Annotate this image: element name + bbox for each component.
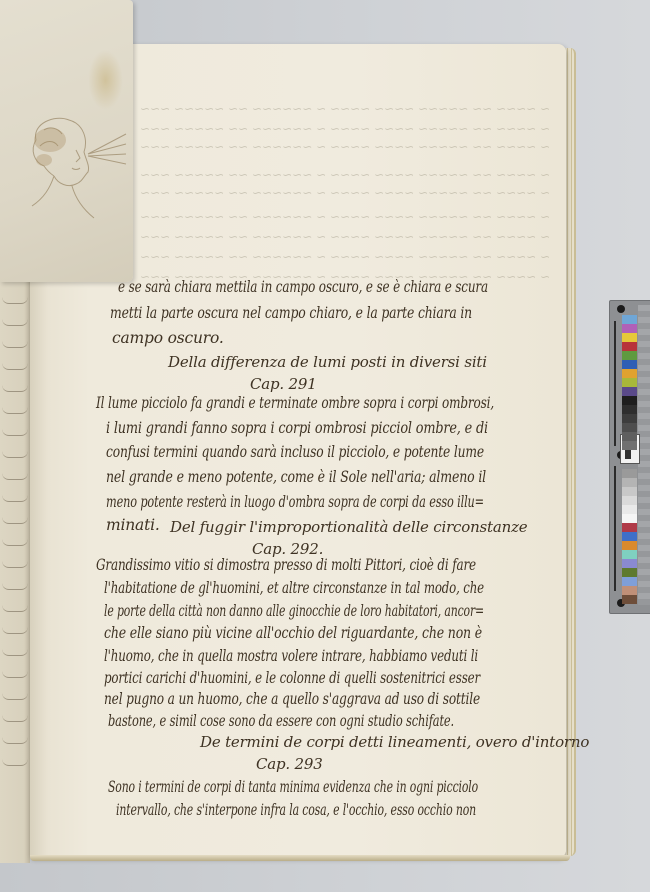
color-swatch bbox=[622, 387, 637, 396]
manuscript-line: campo oscuro. bbox=[112, 329, 224, 347]
manuscript-line: l'huomo, che in quella mostra volere int… bbox=[104, 647, 478, 665]
show-through-text: ~ ~~~~ ~~ ~~~~~ ~~~~ ~~~~ ~ ~~~~~~ ~~ ~~… bbox=[140, 250, 550, 264]
target-hole bbox=[617, 305, 625, 313]
color-swatch bbox=[622, 577, 637, 586]
manuscript-line: meno potente resterà in luogo d'ombra so… bbox=[106, 493, 484, 511]
manuscript-line: nel pugno a un huomo, che a quello s'agg… bbox=[104, 690, 480, 708]
color-swatch bbox=[622, 432, 637, 441]
page-bottom-edge bbox=[30, 855, 570, 861]
color-swatch bbox=[622, 405, 637, 414]
manuscript-line: intervallo, che s'interpone infra la cos… bbox=[116, 801, 476, 819]
chapter-heading: Del fuggir l'improportionalità delle cir… bbox=[170, 518, 527, 536]
left-page-handwriting bbox=[2, 341, 28, 348]
left-page-handwriting bbox=[2, 495, 28, 502]
left-page-handwriting bbox=[2, 319, 28, 326]
show-through-text: ~ ~~~~ ~~ ~~~~~ ~~~~ ~~~~ ~ ~~~~~~ ~~ ~~… bbox=[140, 270, 550, 284]
color-swatch bbox=[622, 595, 637, 604]
left-page-handwriting bbox=[2, 649, 28, 656]
left-page-handwriting bbox=[2, 561, 28, 568]
chapter-heading: Della differenza de lumi posti in divers… bbox=[168, 353, 487, 371]
manuscript-line: confusi termini quando sarà incluso il p… bbox=[106, 443, 484, 461]
color-swatch bbox=[622, 315, 637, 324]
show-through-text: ~ ~~~~ ~~ ~~~~~ ~~~~ ~~~~ ~ ~~~~~~ ~~ ~~… bbox=[140, 186, 550, 200]
color-calibration-target bbox=[609, 300, 650, 614]
color-swatch bbox=[622, 505, 637, 514]
left-page-handwriting bbox=[2, 385, 28, 392]
show-through-text: ~ ~~~~ ~~ ~~~~~ ~~~~ ~~~~ ~ ~~~~~~ ~~ ~~… bbox=[140, 210, 550, 224]
portrait-sketch-icon bbox=[14, 110, 129, 240]
left-page-handwriting bbox=[2, 583, 28, 590]
left-page-handwriting bbox=[2, 627, 28, 634]
color-swatch bbox=[622, 586, 637, 595]
manuscript-line: Sono i termini de corpi di tanta minima … bbox=[108, 778, 478, 796]
color-swatch bbox=[622, 550, 637, 559]
color-swatch bbox=[622, 351, 637, 360]
left-page-handwriting bbox=[2, 429, 28, 436]
left-page-handwriting bbox=[2, 715, 28, 722]
manuscript-line: che elle siano più vicine all'occhio del… bbox=[104, 624, 482, 642]
show-through-text: ~ ~~~~ ~~ ~~~~~ ~~~~ ~~~~ ~ ~~~~~~ ~~ ~~… bbox=[140, 230, 550, 244]
manuscript-line: bastone, e simil cose sono da essere con… bbox=[108, 712, 454, 730]
underlying-left-page bbox=[0, 255, 30, 863]
manuscript-line: Grandissimo vitio si dimostra presso di … bbox=[96, 556, 476, 574]
manuscript-line: l'habitatione de gl'huomini, et altre ci… bbox=[104, 579, 484, 597]
color-swatch bbox=[622, 559, 637, 568]
color-swatch bbox=[622, 369, 637, 378]
color-swatch bbox=[622, 342, 637, 351]
left-page-handwriting bbox=[2, 363, 28, 370]
foxing-stain bbox=[88, 50, 123, 110]
color-swatch bbox=[622, 478, 637, 487]
left-page-handwriting bbox=[2, 759, 28, 766]
left-page-handwriting bbox=[2, 407, 28, 414]
left-page-handwriting bbox=[2, 451, 28, 458]
chapter-number: Cap. 291 bbox=[250, 375, 317, 393]
manuscript-line: Il lume picciolo fa grandi e terminate o… bbox=[96, 394, 494, 412]
color-swatch bbox=[622, 568, 637, 577]
manuscript-line: portici carichi d'huomini, e le colonne … bbox=[104, 669, 480, 687]
left-page-handwriting bbox=[2, 539, 28, 546]
manuscript-line: nel grande e meno potente, come è il Sol… bbox=[106, 468, 486, 486]
color-swatch bbox=[622, 523, 637, 532]
color-swatch bbox=[622, 414, 637, 423]
chapter-heading: De termini de corpi detti lineamenti, ov… bbox=[200, 733, 589, 751]
left-page-handwriting bbox=[2, 517, 28, 524]
left-page-handwriting bbox=[2, 693, 28, 700]
color-swatch bbox=[622, 514, 637, 523]
target-rail bbox=[614, 466, 616, 591]
color-swatch bbox=[622, 441, 637, 450]
color-swatch bbox=[622, 532, 637, 541]
folded-flap bbox=[0, 0, 133, 282]
show-through-text: ~ ~~~~ ~~ ~~~~~ ~~~~ ~~~~ ~ ~~~~~~ ~~ ~~… bbox=[140, 102, 550, 116]
color-swatch bbox=[622, 496, 637, 505]
color-swatch bbox=[622, 378, 637, 387]
color-swatch bbox=[622, 487, 637, 496]
show-through-text: ~ ~~~~ ~~ ~~~~~ ~~~~ ~~~~ ~ ~~~~~~ ~~ ~~… bbox=[140, 140, 550, 154]
manuscript-line: metti la parte oscura nel campo chiaro, … bbox=[110, 304, 472, 322]
manuscript-line: minati. bbox=[106, 516, 160, 534]
target-rail bbox=[614, 321, 616, 446]
show-through-text: ~ ~~~~ ~~ ~~~~~ ~~~~ ~~~~ ~ ~~~~~~ ~~ ~~… bbox=[140, 122, 550, 136]
left-page-handwriting bbox=[2, 605, 28, 612]
left-page-handwriting bbox=[2, 737, 28, 744]
chapter-number: Cap. 293 bbox=[256, 755, 323, 773]
show-through-text: ~ ~~~~ ~~ ~~~~~ ~~~~ ~~~~ ~ ~~~~~~ ~~ ~~… bbox=[140, 168, 550, 182]
color-swatch bbox=[622, 324, 637, 333]
left-page-handwriting bbox=[2, 671, 28, 678]
manuscript-line: i lumi grandi fanno sopra i corpi ombros… bbox=[106, 419, 488, 437]
color-swatch bbox=[622, 396, 637, 405]
color-swatch bbox=[622, 423, 637, 432]
color-swatch bbox=[622, 469, 637, 478]
color-swatch bbox=[622, 360, 637, 369]
manuscript-line: le porte della città non danno alle gino… bbox=[104, 602, 484, 620]
left-page-handwriting bbox=[2, 297, 28, 304]
color-swatch bbox=[622, 541, 637, 550]
left-page-handwriting bbox=[2, 473, 28, 480]
color-swatch bbox=[622, 333, 637, 342]
